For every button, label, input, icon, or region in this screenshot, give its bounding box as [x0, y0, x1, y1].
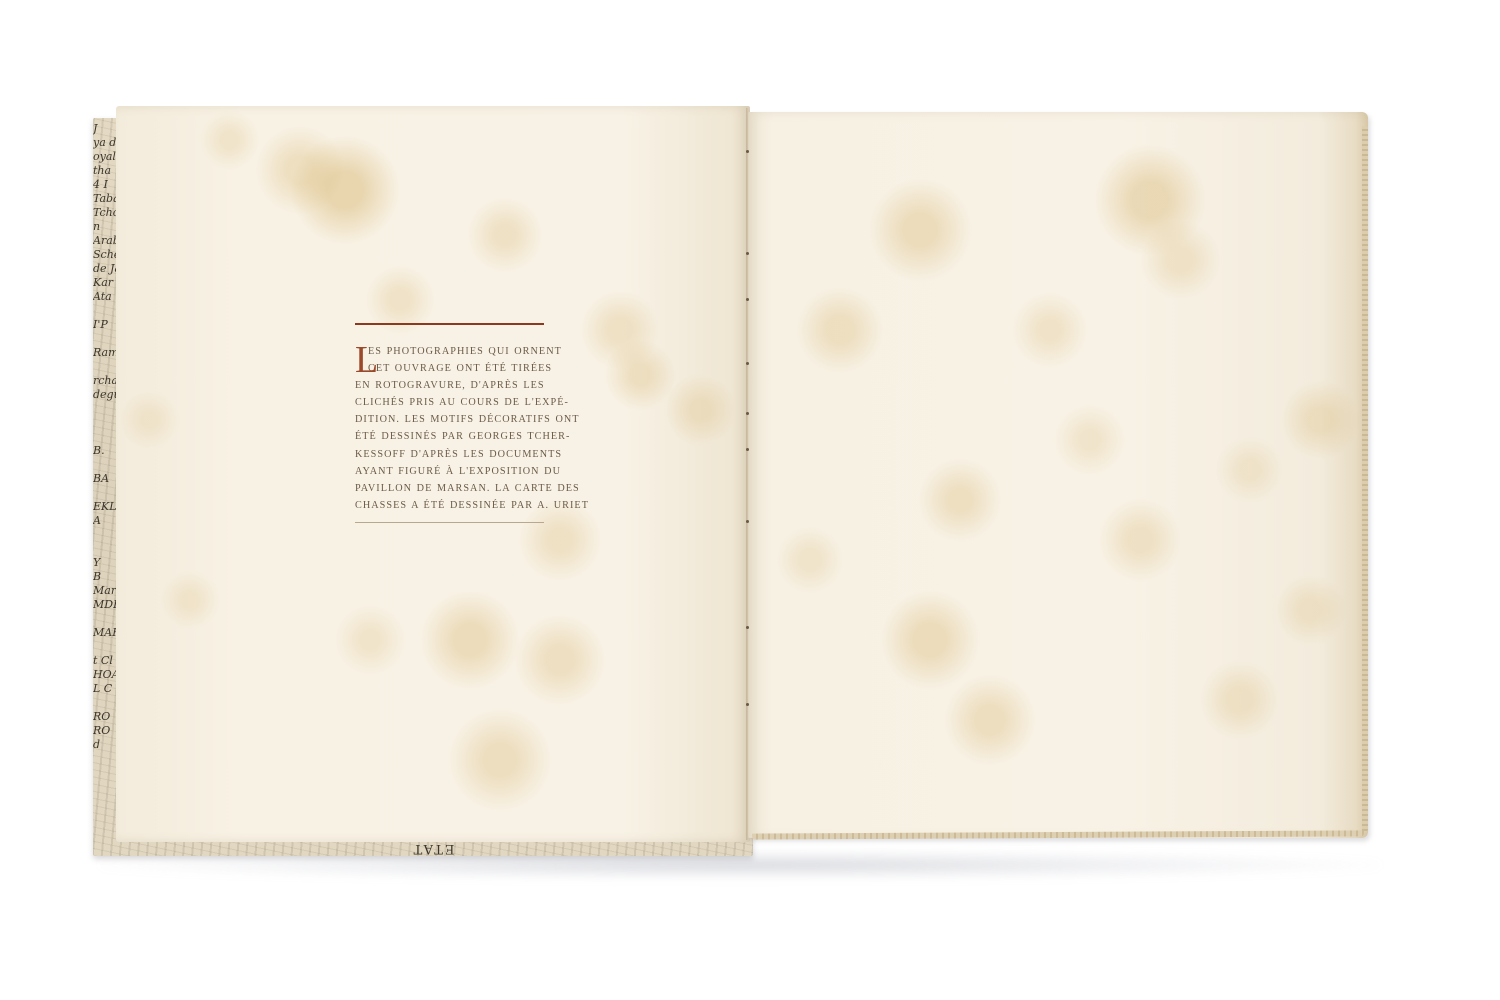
colophon-line: dition. Les motifs décoratifs ont: [355, 411, 544, 428]
cover-map-bottom-strip: ETAT: [123, 840, 743, 856]
right-page-block-edge: [1362, 126, 1368, 832]
book-gutter: [746, 108, 749, 840]
map-fragment-text: [93, 430, 117, 444]
colophon-line: en rotogravure, d'après les: [355, 377, 544, 394]
map-fragment-text: A: [93, 514, 117, 528]
map-fragment-text: tha: [93, 164, 117, 178]
map-fragment-text: Tchou: [93, 206, 117, 220]
stitch-dot: [746, 626, 749, 629]
map-fragment-text: [93, 416, 117, 430]
colophon-line: été dessinés par Georges Tcher-: [355, 428, 544, 445]
map-fragment-text: Ram: [93, 346, 117, 360]
map-fragment-text: Marga: [93, 584, 117, 598]
map-fragment-text: B: [93, 570, 117, 584]
map-fragment-text: RO: [93, 710, 117, 724]
colophon-line: clichés pris au cours de l'expé-: [355, 394, 544, 411]
cover-map-left-strip: Jya doyaltha4 ITabaTchounArabeSchede JaK…: [93, 122, 117, 852]
map-fragment-text: L C: [93, 682, 117, 696]
map-fragment-text: 4 I: [93, 178, 117, 192]
colophon-line: ayant figuré à l'exposition du: [355, 463, 544, 480]
colophon-line: Pavillon de Marsan. La carte des: [355, 480, 544, 497]
colophon-bottom-rule: [355, 522, 544, 523]
map-fragment-text: [93, 696, 117, 710]
map-fragment-text: [93, 640, 117, 654]
map-fragment-text: rcha: [93, 374, 117, 388]
map-fragment-text: [93, 458, 117, 472]
map-fragment-text: oyal: [93, 150, 117, 164]
map-fragment-text: [93, 402, 117, 416]
map-fragment-text: [93, 304, 117, 318]
book-photo-scene: Jya doyaltha4 ITabaTchounArabeSchede JaK…: [0, 0, 1500, 1000]
map-fragment-text: Y: [93, 556, 117, 570]
stitch-dot: [746, 412, 749, 415]
stitch-dot: [746, 703, 749, 706]
map-fragment-text: MDE: [93, 598, 117, 612]
colophon-first-line: L es photographies qui ornent: [355, 343, 544, 360]
stitch-dot: [746, 150, 749, 153]
map-fragment-text: EKL: [93, 500, 117, 514]
stitch-dot: [746, 298, 749, 301]
stitch-dot: [746, 252, 749, 255]
colophon-line: cet ouvrage ont été tirées: [355, 360, 544, 377]
map-fragment-text: [93, 528, 117, 542]
map-fragment-text: Ata: [93, 290, 117, 304]
map-fragment-text: degu: [93, 388, 117, 402]
colophon-block: L es photographies qui ornent cet ouvrag…: [355, 323, 544, 523]
map-fragment-text: MAR: [93, 626, 117, 640]
drop-cap: L: [355, 344, 379, 376]
map-fragment-text: [93, 612, 117, 626]
map-fragment-text: [93, 542, 117, 556]
colophon-line: kessoff d'après les documents: [355, 446, 544, 463]
map-fragment-text: [93, 486, 117, 500]
map-fragment-text: HOA: [93, 668, 117, 682]
map-fragment-text: Sche: [93, 248, 117, 262]
map-fragment-text: BA: [93, 472, 117, 486]
map-fragment-text: Kar: [93, 276, 117, 290]
map-fragment-text: [93, 360, 117, 374]
map-fragment-text: [93, 332, 117, 346]
map-fragment-text: I'P: [93, 318, 117, 332]
map-fragment-text: Taba: [93, 192, 117, 206]
colophon-text: L es photographies qui ornent cet ouvrag…: [355, 343, 544, 514]
map-fragment-text: de Ja: [93, 262, 117, 276]
colophon-line: chasses a été dessinée par A. Uriet: [355, 497, 544, 514]
map-fragment-text: d: [93, 738, 117, 752]
stitch-dot: [746, 520, 749, 523]
map-fragment-text: B.: [93, 444, 117, 458]
stitch-dot: [746, 362, 749, 365]
map-fragment-text: J: [93, 122, 117, 136]
map-fragment-text: RO: [93, 724, 117, 738]
stitch-dot: [746, 448, 749, 451]
colophon-line: es photographies qui ornent: [368, 343, 544, 360]
right-page: [748, 112, 1368, 838]
map-fragment-text: Arabe: [93, 234, 117, 248]
map-fragment-text: t Cl: [93, 654, 117, 668]
map-fragment-text: n: [93, 220, 117, 234]
colophon-top-rule: [355, 323, 544, 325]
map-fragment-text: ya d: [93, 136, 117, 150]
